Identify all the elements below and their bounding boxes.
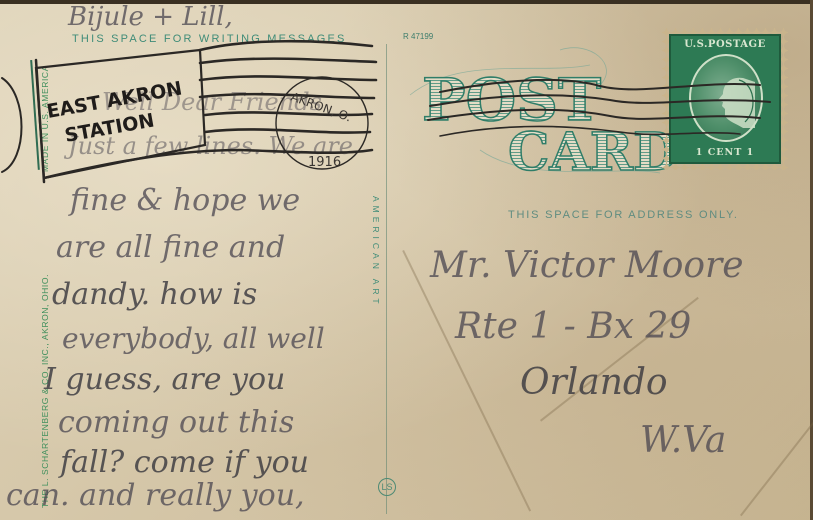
postage-stamp: U.S.POSTAGE 1 CENT 1 — [669, 34, 781, 164]
salutation: Bijule + Lill, — [68, 2, 233, 32]
message-line: are all fine and — [56, 230, 285, 265]
messages-caption: THIS SPACE FOR WRITING MESSAGES — [72, 33, 347, 45]
paper-crease — [403, 250, 531, 511]
message-line: I guess, are you — [44, 362, 285, 397]
center-divider — [386, 44, 387, 514]
publisher-logo-icon: LS — [378, 478, 396, 496]
postcard-back: THIS SPACE FOR WRITING MESSAGES R 47199 … — [0, 0, 813, 520]
made-in-imprint: MADE IN U.S. AMERICA — [40, 65, 50, 172]
address-street: Rte 1 - Bx 29 — [455, 306, 691, 347]
message-line: Well Dear Friends — [102, 88, 322, 116]
message-line: can. and really you, — [6, 478, 305, 513]
paper-crease — [740, 420, 813, 515]
stamp-portrait-frame — [689, 54, 763, 142]
address-caption: THIS SPACE FOR ADDRESS ONLY. — [508, 209, 739, 221]
postcard-title: POST CARD — [420, 55, 670, 175]
stamp-denomination: 1 CENT 1 — [671, 147, 779, 158]
washington-portrait-icon — [713, 72, 755, 128]
message-line: everybody, all well — [62, 322, 325, 355]
message-line: coming out this — [58, 405, 294, 440]
divider-imprint: AMERICAN ART — [371, 196, 381, 308]
address-city: Orlando — [520, 362, 668, 403]
serial-number: R 47199 — [403, 32, 433, 41]
message-line: fall? come if you — [60, 445, 309, 480]
stamp-top-text: U.S.POSTAGE — [671, 39, 779, 50]
message-line: fine & hope we — [70, 183, 300, 218]
message-line: Just a few lines. We are — [68, 132, 353, 160]
address-state: W.Va — [640, 420, 726, 461]
message-line: dandy. how is — [52, 277, 257, 312]
left-margin-rule — [30, 60, 39, 170]
card-word: CARD — [508, 122, 678, 183]
address-recipient: Mr. Victor Moore — [430, 245, 744, 286]
